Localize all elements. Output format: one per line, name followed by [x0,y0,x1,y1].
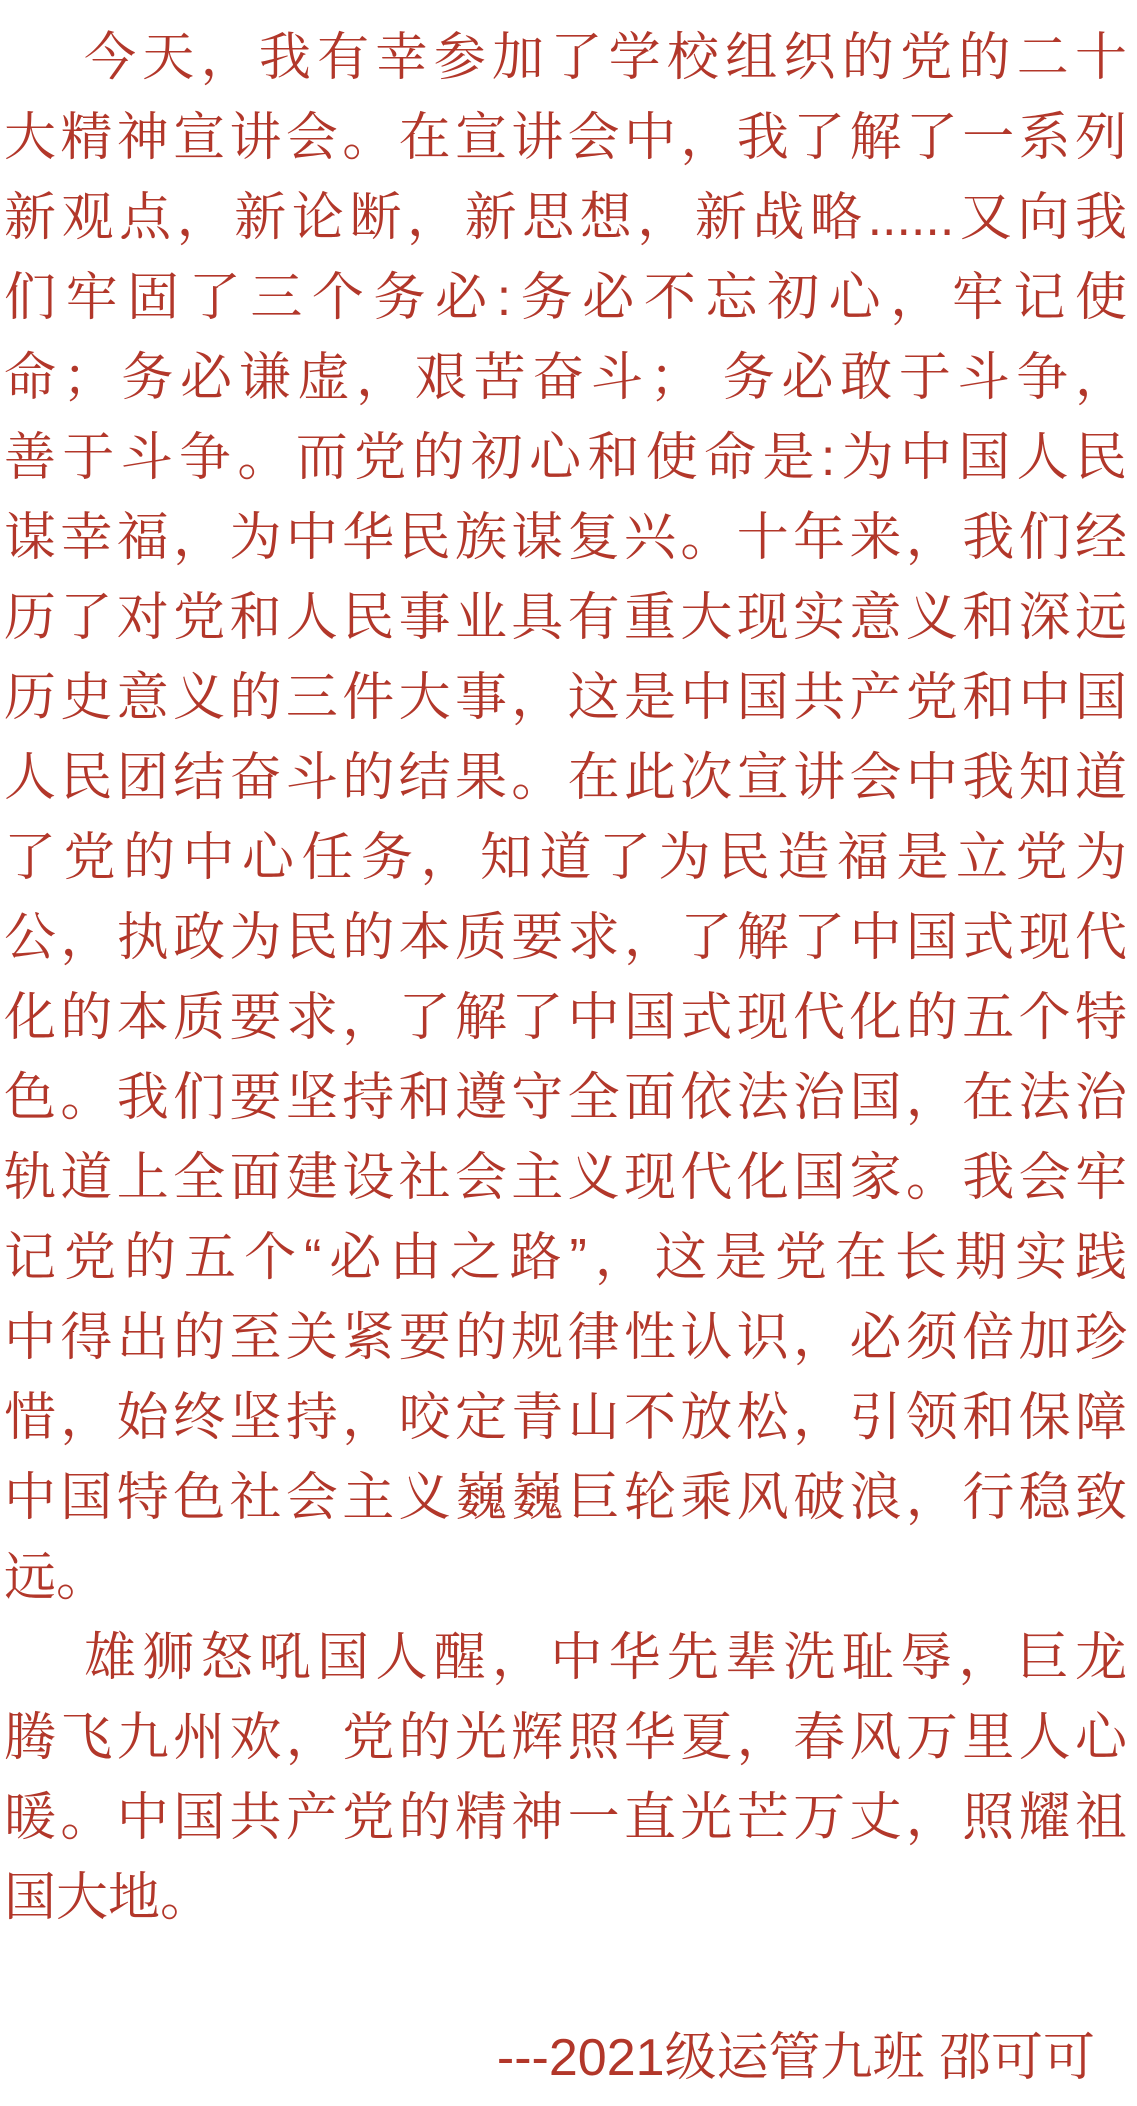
text-line: 今天，我有幸参加了学校组织的党的二十 [4,18,1127,98]
text-line: 历了对党和人民事业具有重大现实意义和深远 [4,578,1127,658]
text-line: 公，执政为民的本质要求，了解了中国式现代 [4,898,1127,978]
text-line: 色。我们要坚持和遵守全面依法治国，在法治 [4,1058,1127,1138]
text-line: 化的本质要求，了解了中国式现代化的五个特 [4,978,1127,1058]
text-line: 大精神宣讲会。在宣讲会中，我了解了一系列 [4,98,1127,178]
text-line: 谋幸福，为中华民族谋复兴。十年来，我们经 [4,498,1127,578]
text-line: 腾飞九州欢，党的光辉照华夏，春风万里人心 [4,1698,1127,1778]
signature-line: ---2021级运管九班 邵可可 [4,2018,1127,2098]
text-line: 远。 [4,1538,1127,1618]
text-line: 们牢固了三个务必:务必不忘初心，牢记使 [4,258,1127,338]
blank-line [4,1938,1127,2018]
text-line: 轨道上全面建设社会主义现代化国家。我会牢 [4,1138,1127,1218]
text-line: 人民团结奋斗的结果。在此次宣讲会中我知道 [4,738,1127,818]
text-line: 暖。中国共产党的精神一直光芒万丈，照耀祖 [4,1778,1127,1858]
text-line: 国大地。 [4,1858,1127,1938]
text-line: 历史意义的三件大事，这是中国共产党和中国 [4,658,1127,738]
text-line: 惜，始终坚持，咬定青山不放松，引领和保障 [4,1378,1127,1458]
text-line: 中国特色社会主义巍巍巨轮乘风破浪，行稳致 [4,1458,1127,1538]
text-line: 新观点，新论断，新思想，新战略......又向我 [4,178,1127,258]
text-line: 善于斗争。而党的初心和使命是:为中国人民 [4,418,1127,498]
text-line: 雄狮怒吼国人醒，中华先辈洗耻辱，巨龙 [4,1618,1127,1698]
text-line: 了党的中心任务，知道了为民造福是立党为 [4,818,1127,898]
document-page: 今天，我有幸参加了学校组织的党的二十 大精神宣讲会。在宣讲会中，我了解了一系列 … [0,0,1137,2106]
text-line: 中得出的至关紧要的规律性认识，必须倍加珍 [4,1298,1127,1378]
text-line: 命；务必谦虚，艰苦奋斗； 务必敢于斗争， [4,338,1127,418]
text-line: 记党的五个“必由之路”，这是党在长期实践 [4,1218,1127,1298]
